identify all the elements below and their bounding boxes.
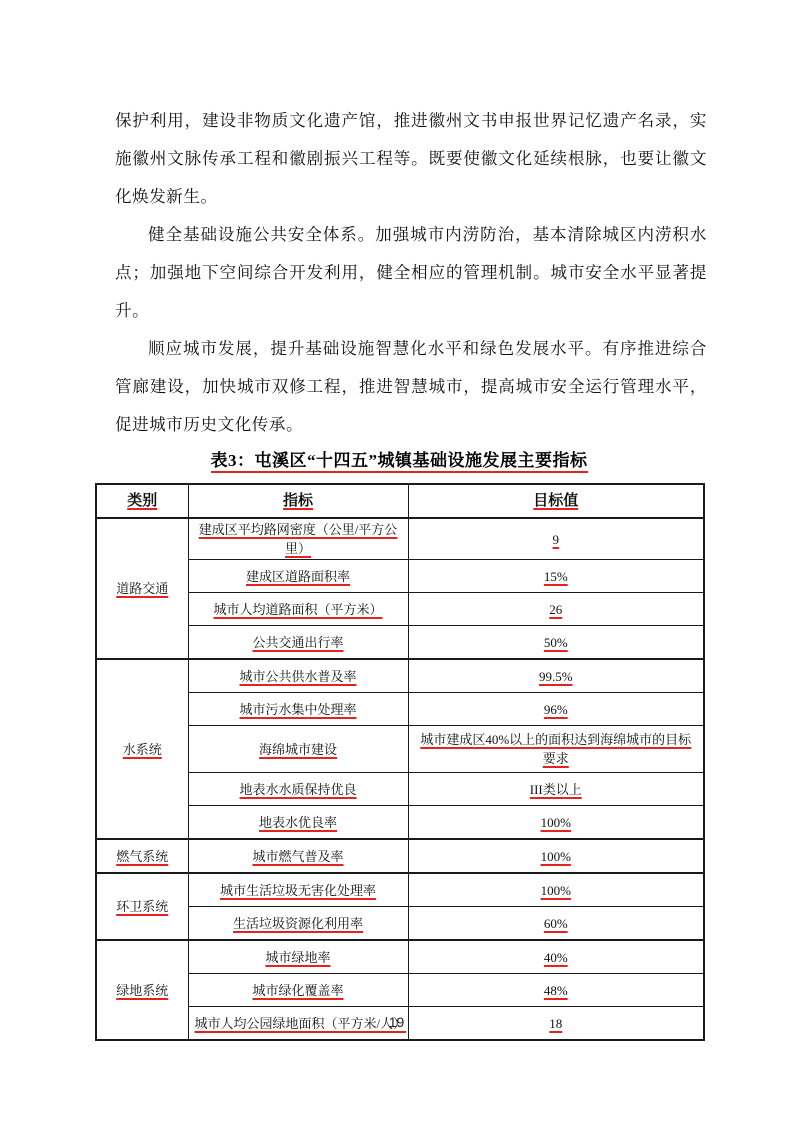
- indicator-label: 地表水水质保持优良: [239, 782, 356, 797]
- indicator-cell: 城市公共供水普及率: [188, 659, 408, 693]
- target-cell: 60%: [408, 907, 704, 941]
- table-row: 公共交通出行率 50%: [96, 626, 704, 660]
- indicator-cell: 公共交通出行率: [188, 626, 408, 660]
- table-row: 燃气系统 城市燃气普及率 100%: [96, 839, 704, 873]
- target-cell: 100%: [408, 873, 704, 907]
- indicator-cell: 城市污水集中处理率: [188, 693, 408, 726]
- header-cell-indicator: 指标: [188, 484, 408, 518]
- target-cell: 50%: [408, 626, 704, 660]
- table-row: 城市人均道路面积（平方米） 26: [96, 593, 704, 626]
- indicator-label: 城市绿化覆盖率: [252, 983, 343, 998]
- indicator-cell: 建成区道路面积率: [188, 560, 408, 593]
- indicator-cell: 城市绿地率: [188, 940, 408, 974]
- indicator-label: 城市公共供水普及率: [239, 669, 356, 684]
- paragraph-smart-city: 顺应城市发展，提升基础设施智慧化水平和绿色发展水平。有序推进综合管廊建设，加快城…: [115, 330, 707, 444]
- indicator-cell: 生活垃圾资源化利用率: [188, 907, 408, 941]
- table-row: 建成区道路面积率 15%: [96, 560, 704, 593]
- target-cell: 48%: [408, 974, 704, 1007]
- target-cell: 100%: [408, 839, 704, 873]
- target-value: 99.5%: [539, 669, 573, 684]
- page-number: 19: [0, 1014, 793, 1030]
- indicator-cell: 城市绿化覆盖率: [188, 974, 408, 1007]
- table-title: 表3：屯溪区“十四五”城镇基础设施发展主要指标: [95, 448, 703, 476]
- category-cell: 道路交通: [96, 518, 188, 659]
- table-row: 地表水优良率 100%: [96, 806, 704, 840]
- header-indicator-label: 指标: [283, 493, 313, 509]
- category-label: 水系统: [123, 742, 162, 757]
- indicator-cell: 海绵城市建设: [188, 726, 408, 773]
- paragraph-public-safety: 健全基础设施公共安全体系。加强城市内涝防治，基本清除城区内涝积水点；加强地下空间…: [115, 216, 707, 330]
- target-cell: 城市建成区40%以上的面积达到海绵城市的目标要求: [408, 726, 704, 773]
- category-cell: 环卫系统: [96, 873, 188, 940]
- target-cell: 100%: [408, 806, 704, 840]
- indicator-cell: 城市生活垃圾无害化处理率: [188, 873, 408, 907]
- indicator-cell: 城市燃气普及率: [188, 839, 408, 873]
- table-row: 海绵城市建设 城市建成区40%以上的面积达到海绵城市的目标要求: [96, 726, 704, 773]
- indicator-label: 城市污水集中处理率: [239, 702, 356, 717]
- target-value: 100%: [541, 815, 571, 830]
- target-value: 26: [549, 602, 562, 617]
- target-value: 100%: [541, 883, 571, 898]
- target-value: 40%: [544, 950, 568, 965]
- paragraph-heritage: 保护利用，建设非物质文化遗产馆，推进徽州文书申报世界记忆遗产名录，实施徽州文脉传…: [115, 102, 707, 216]
- indicator-cell: 地表水优良率: [188, 806, 408, 840]
- table-row: 水系统 城市公共供水普及率 99.5%: [96, 659, 704, 693]
- target-value: 城市建成区40%以上的面积达到海绵城市的目标要求: [420, 732, 691, 766]
- target-cell: 99.5%: [408, 659, 704, 693]
- indicators-table-section: 表3：屯溪区“十四五”城镇基础设施发展主要指标 类别 指标 目标值 道路交通 建…: [95, 448, 703, 1041]
- indicator-label: 城市燃气普及率: [252, 849, 343, 864]
- indicator-cell: 地表水水质保持优良: [188, 773, 408, 806]
- indicator-label: 海绵城市建设: [259, 742, 337, 757]
- indicator-cell: 城市人均道路面积（平方米）: [188, 593, 408, 626]
- category-cell: 燃气系统: [96, 839, 188, 873]
- table-title-text: 表3：屯溪区“十四五”城镇基础设施发展主要指标: [211, 451, 588, 473]
- table-header-row: 类别 指标 目标值: [96, 484, 704, 518]
- table-row: 生活垃圾资源化利用率 60%: [96, 907, 704, 941]
- target-cell: III类以上: [408, 773, 704, 806]
- target-value: 60%: [544, 916, 568, 931]
- target-cell: 96%: [408, 693, 704, 726]
- table-row: 城市绿化覆盖率 48%: [96, 974, 704, 1007]
- category-label: 燃气系统: [116, 849, 168, 864]
- target-cell: 9: [408, 518, 704, 560]
- category-label: 绿地系统: [116, 983, 168, 998]
- indicator-label: 城市绿地率: [265, 950, 330, 965]
- target-value: 96%: [544, 702, 568, 717]
- header-category-label: 类别: [127, 493, 157, 509]
- indicators-table: 类别 指标 目标值 道路交通 建成区平均路网密度（公里/平方公里） 9 建成区道…: [95, 483, 705, 1041]
- target-value: 100%: [541, 849, 571, 864]
- header-cell-target: 目标值: [408, 484, 704, 518]
- target-cell: 26: [408, 593, 704, 626]
- indicator-label: 城市人均道路面积（平方米）: [213, 602, 382, 617]
- table-row: 道路交通 建成区平均路网密度（公里/平方公里） 9: [96, 518, 704, 560]
- category-label: 环卫系统: [116, 899, 168, 914]
- header-target-label: 目标值: [533, 493, 578, 509]
- indicator-label: 地表水优良率: [259, 815, 337, 830]
- indicator-label: 建成区平均路网密度（公里/平方公里）: [199, 522, 398, 556]
- target-value: 50%: [544, 635, 568, 650]
- indicator-label: 公共交通出行率: [252, 635, 343, 650]
- category-label: 道路交通: [116, 581, 168, 596]
- body-text-block: 保护利用，建设非物质文化遗产馆，推进徽州文书申报世界记忆遗产名录，实施徽州文脉传…: [115, 102, 707, 444]
- header-cell-category: 类别: [96, 484, 188, 518]
- category-cell: 水系统: [96, 659, 188, 839]
- document-page: { "colors": { "underline_red": "#e2241f"…: [0, 0, 793, 1122]
- target-value: III类以上: [530, 782, 582, 797]
- target-value: 15%: [544, 569, 568, 584]
- target-value: 48%: [544, 983, 568, 998]
- target-cell: 40%: [408, 940, 704, 974]
- indicator-label: 建成区道路面积率: [246, 569, 350, 584]
- target-value: 9: [553, 532, 560, 547]
- indicator-label: 城市生活垃圾无害化处理率: [220, 883, 376, 898]
- table-row: 绿地系统 城市绿地率 40%: [96, 940, 704, 974]
- target-cell: 15%: [408, 560, 704, 593]
- table-row: 环卫系统 城市生活垃圾无害化处理率 100%: [96, 873, 704, 907]
- indicator-label: 生活垃圾资源化利用率: [233, 916, 363, 931]
- table-row: 地表水水质保持优良 III类以上: [96, 773, 704, 806]
- indicator-cell: 建成区平均路网密度（公里/平方公里）: [188, 518, 408, 560]
- table-row: 城市污水集中处理率 96%: [96, 693, 704, 726]
